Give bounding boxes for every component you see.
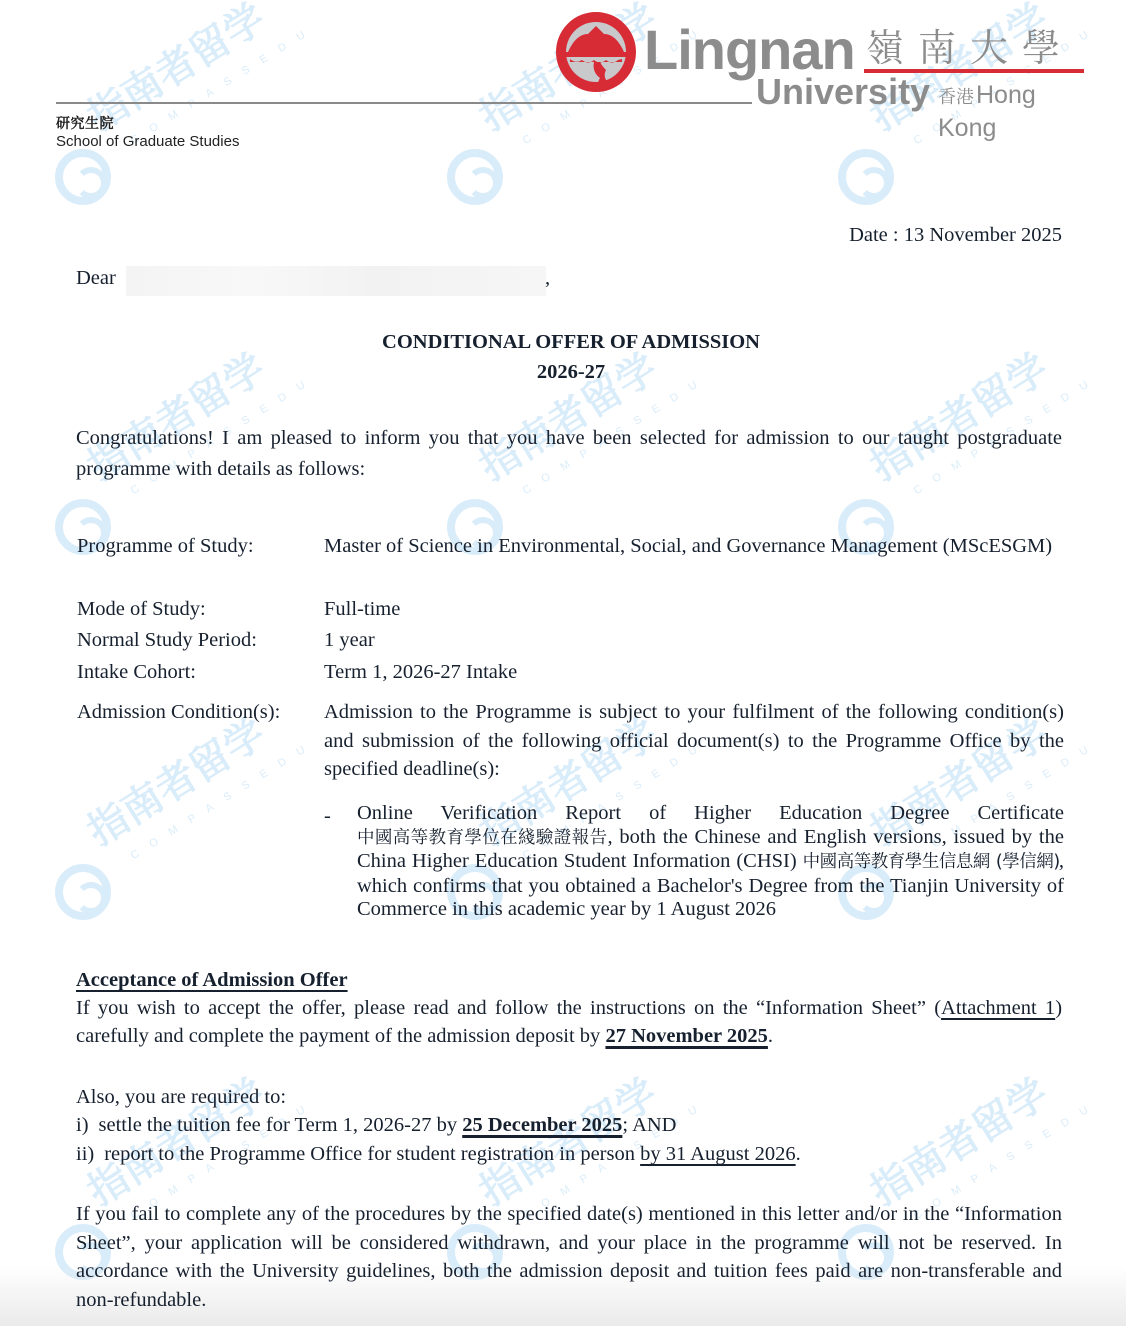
detail-value-conditions: Admission to the Programme is subject to…: [324, 698, 1064, 784]
detail-value-period: 1 year: [324, 626, 1064, 654]
detail-label-intake: Intake Cohort:: [77, 658, 196, 686]
compass-logo-icon: [838, 149, 894, 205]
recipient-name-redacted: [126, 266, 546, 296]
withdrawal-warning-paragraph: If you fail to complete any of the proce…: [76, 1200, 1062, 1314]
condition-item: Online Verification Report of Higher Edu…: [357, 802, 1064, 922]
lingnan-emblem-icon: [556, 12, 636, 92]
detail-value-programme: Master of Science in Environmental, Soci…: [324, 531, 1064, 563]
compass-logo-icon: [447, 149, 503, 205]
registration-deadline: by 31 August 2026: [640, 1143, 795, 1165]
compass-logo-icon: [55, 864, 111, 920]
condition-bullet: -: [324, 802, 331, 830]
compass-logo-icon: [55, 149, 111, 205]
logo-wordmark-university: University: [756, 72, 930, 112]
offer-letter-page: 指南者留学COMPASSEDU 指南者留学COMPASSEDU 指南者留学COM…: [0, 0, 1126, 1326]
requirements-intro: Also, you are required to:: [76, 1083, 286, 1111]
letter-academic-year: 2026-27: [0, 358, 1126, 386]
letter-title: CONDITIONAL OFFER OF ADMISSION: [0, 328, 1126, 356]
acceptance-paragraph: If you wish to accept the offer, please …: [76, 994, 1062, 1050]
header-divider: [56, 102, 752, 104]
logo-location: 香港Hong Kong: [938, 80, 1096, 143]
department-name: School of Graduate Studies: [56, 133, 239, 150]
requirement-item: i)settle the tuition fee for Term 1, 202…: [76, 1111, 676, 1139]
detail-value-mode: Full-time: [324, 595, 1064, 623]
salutation-comma: ,: [545, 264, 550, 292]
watermark: 指南者留学COMPASSEDU: [55, 770, 315, 920]
acceptance-heading: Acceptance of Admission Offer: [76, 966, 348, 994]
letter-date: Date : 13 November 2025: [849, 221, 1062, 249]
requirement-item: ii)report to the Programme Office for st…: [76, 1140, 801, 1168]
detail-value-intake: Term 1, 2026-27 Intake: [324, 658, 1064, 686]
tuition-deadline: 25 December 2025: [462, 1114, 622, 1136]
attachment-link[interactable]: Attachment 1: [941, 997, 1055, 1019]
detail-label-mode: Mode of Study:: [77, 595, 206, 623]
detail-label-conditions: Admission Condition(s):: [77, 698, 280, 726]
detail-label-period: Normal Study Period:: [77, 626, 257, 654]
deposit-deadline: 27 November 2025: [605, 1025, 767, 1047]
logo-wordmark-chinese: 嶺南大學: [866, 26, 1074, 70]
university-logo: Lingnan 嶺南大學 University 香港Hong Kong: [556, 12, 1096, 112]
salutation: Dear: [76, 264, 116, 292]
logo-wordmark-lingnan: Lingnan: [644, 22, 855, 78]
intro-paragraph: Congratulations! I am pleased to inform …: [76, 423, 1062, 484]
department-name-chinese: 研究生院: [56, 113, 114, 133]
detail-label-programme: Programme of Study:: [77, 531, 254, 563]
